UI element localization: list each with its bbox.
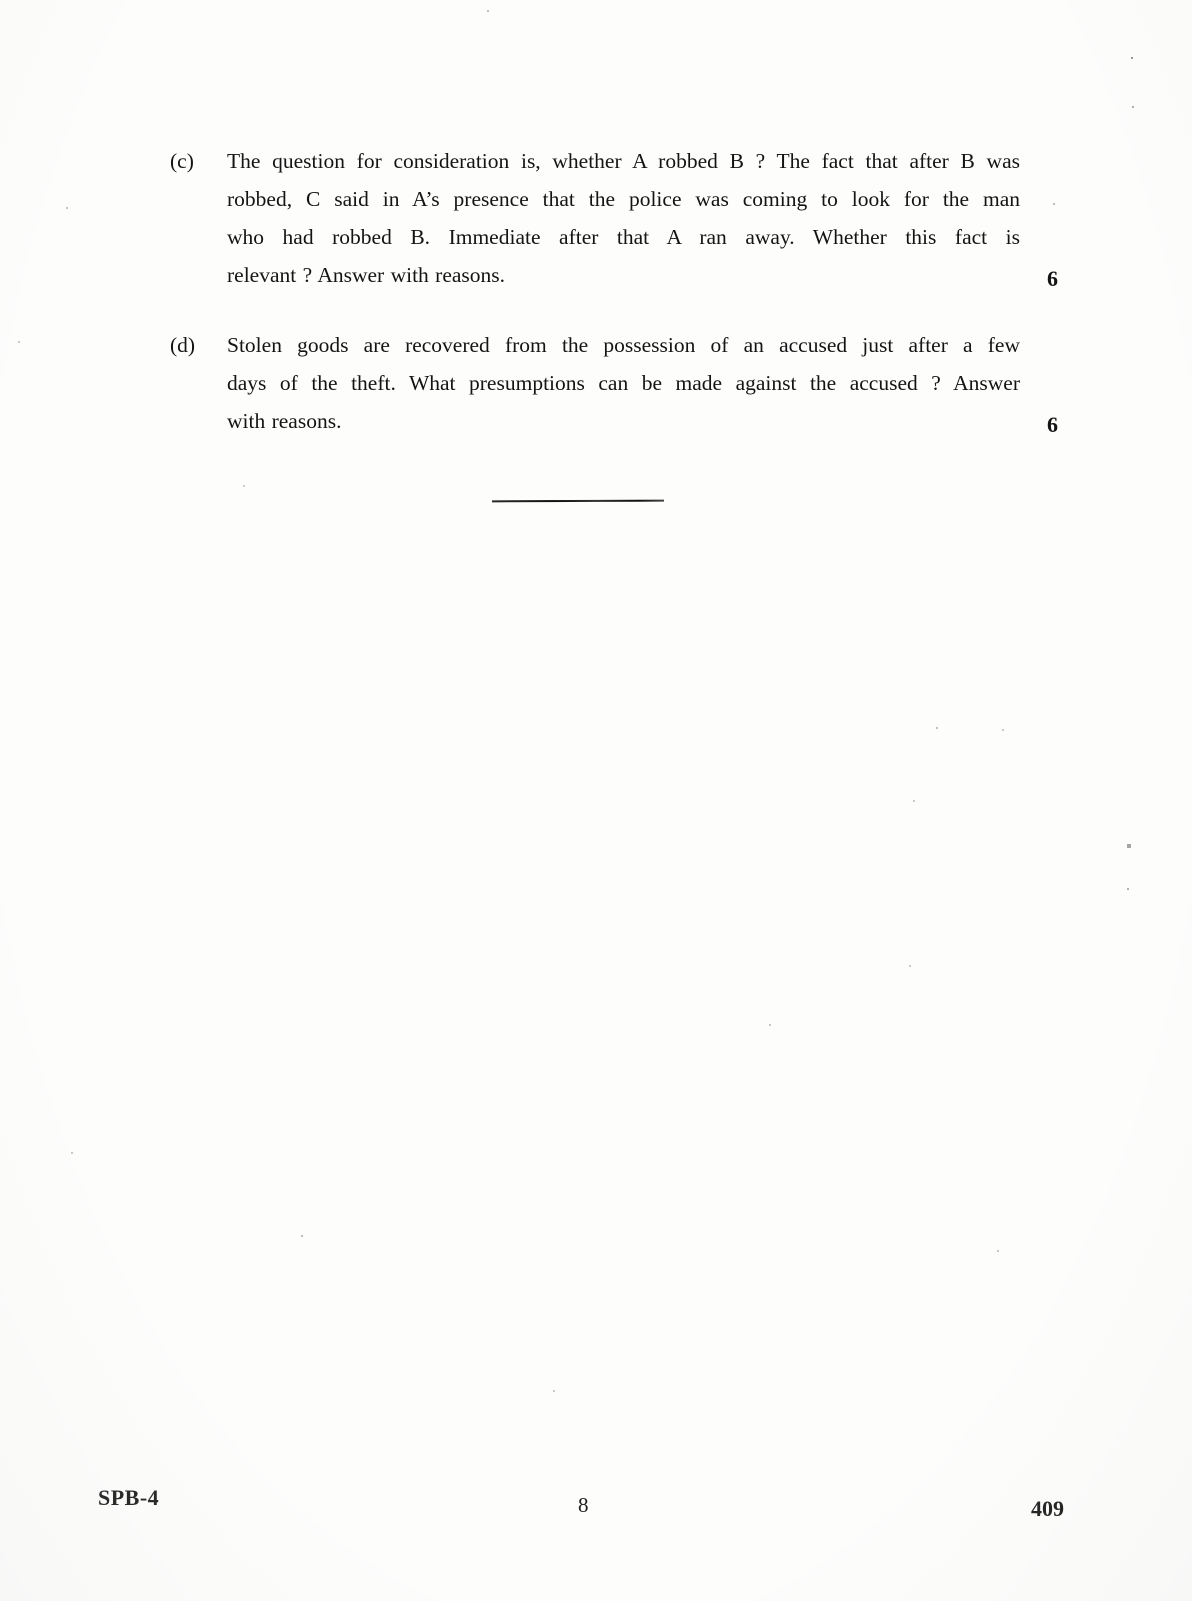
question-d-marks: 6 (1047, 406, 1058, 444)
exam-paper-page: (c) The question for consideration is, w… (0, 0, 1192, 1601)
scan-speckles (0, 0, 2, 2)
question-text-line: robbed, C said in A’s presence that the … (227, 180, 1020, 218)
section-end-divider (492, 500, 664, 503)
question-d-label: (d) (170, 326, 227, 364)
question-text-line: with reasons. (227, 402, 1020, 440)
question-c-text: The question for consideration is, wheth… (227, 142, 1020, 294)
question-c-label: (c) (170, 142, 227, 180)
footer-series-number: 409 (1031, 1496, 1064, 1522)
question-d-text: Stolen goods are recovered from the poss… (227, 326, 1020, 440)
question-text-line: days of the theft. What presumptions can… (227, 364, 1020, 402)
question-d: (d) Stolen goods are recovered from the … (170, 326, 1020, 440)
footer-page-number: 8 (578, 1493, 589, 1518)
question-text-line: Stolen goods are recovered from the poss… (227, 326, 1020, 364)
question-text-line: who had robbed B. Immediate after that A… (227, 218, 1020, 256)
question-text-line: The question for consideration is, wheth… (227, 142, 1020, 180)
question-c-marks: 6 (1047, 260, 1058, 298)
question-text-line: relevant ? Answer with reasons. (227, 256, 1020, 294)
footer-paper-code: SPB-4 (98, 1485, 159, 1511)
question-c: (c) The question for consideration is, w… (170, 142, 1020, 294)
